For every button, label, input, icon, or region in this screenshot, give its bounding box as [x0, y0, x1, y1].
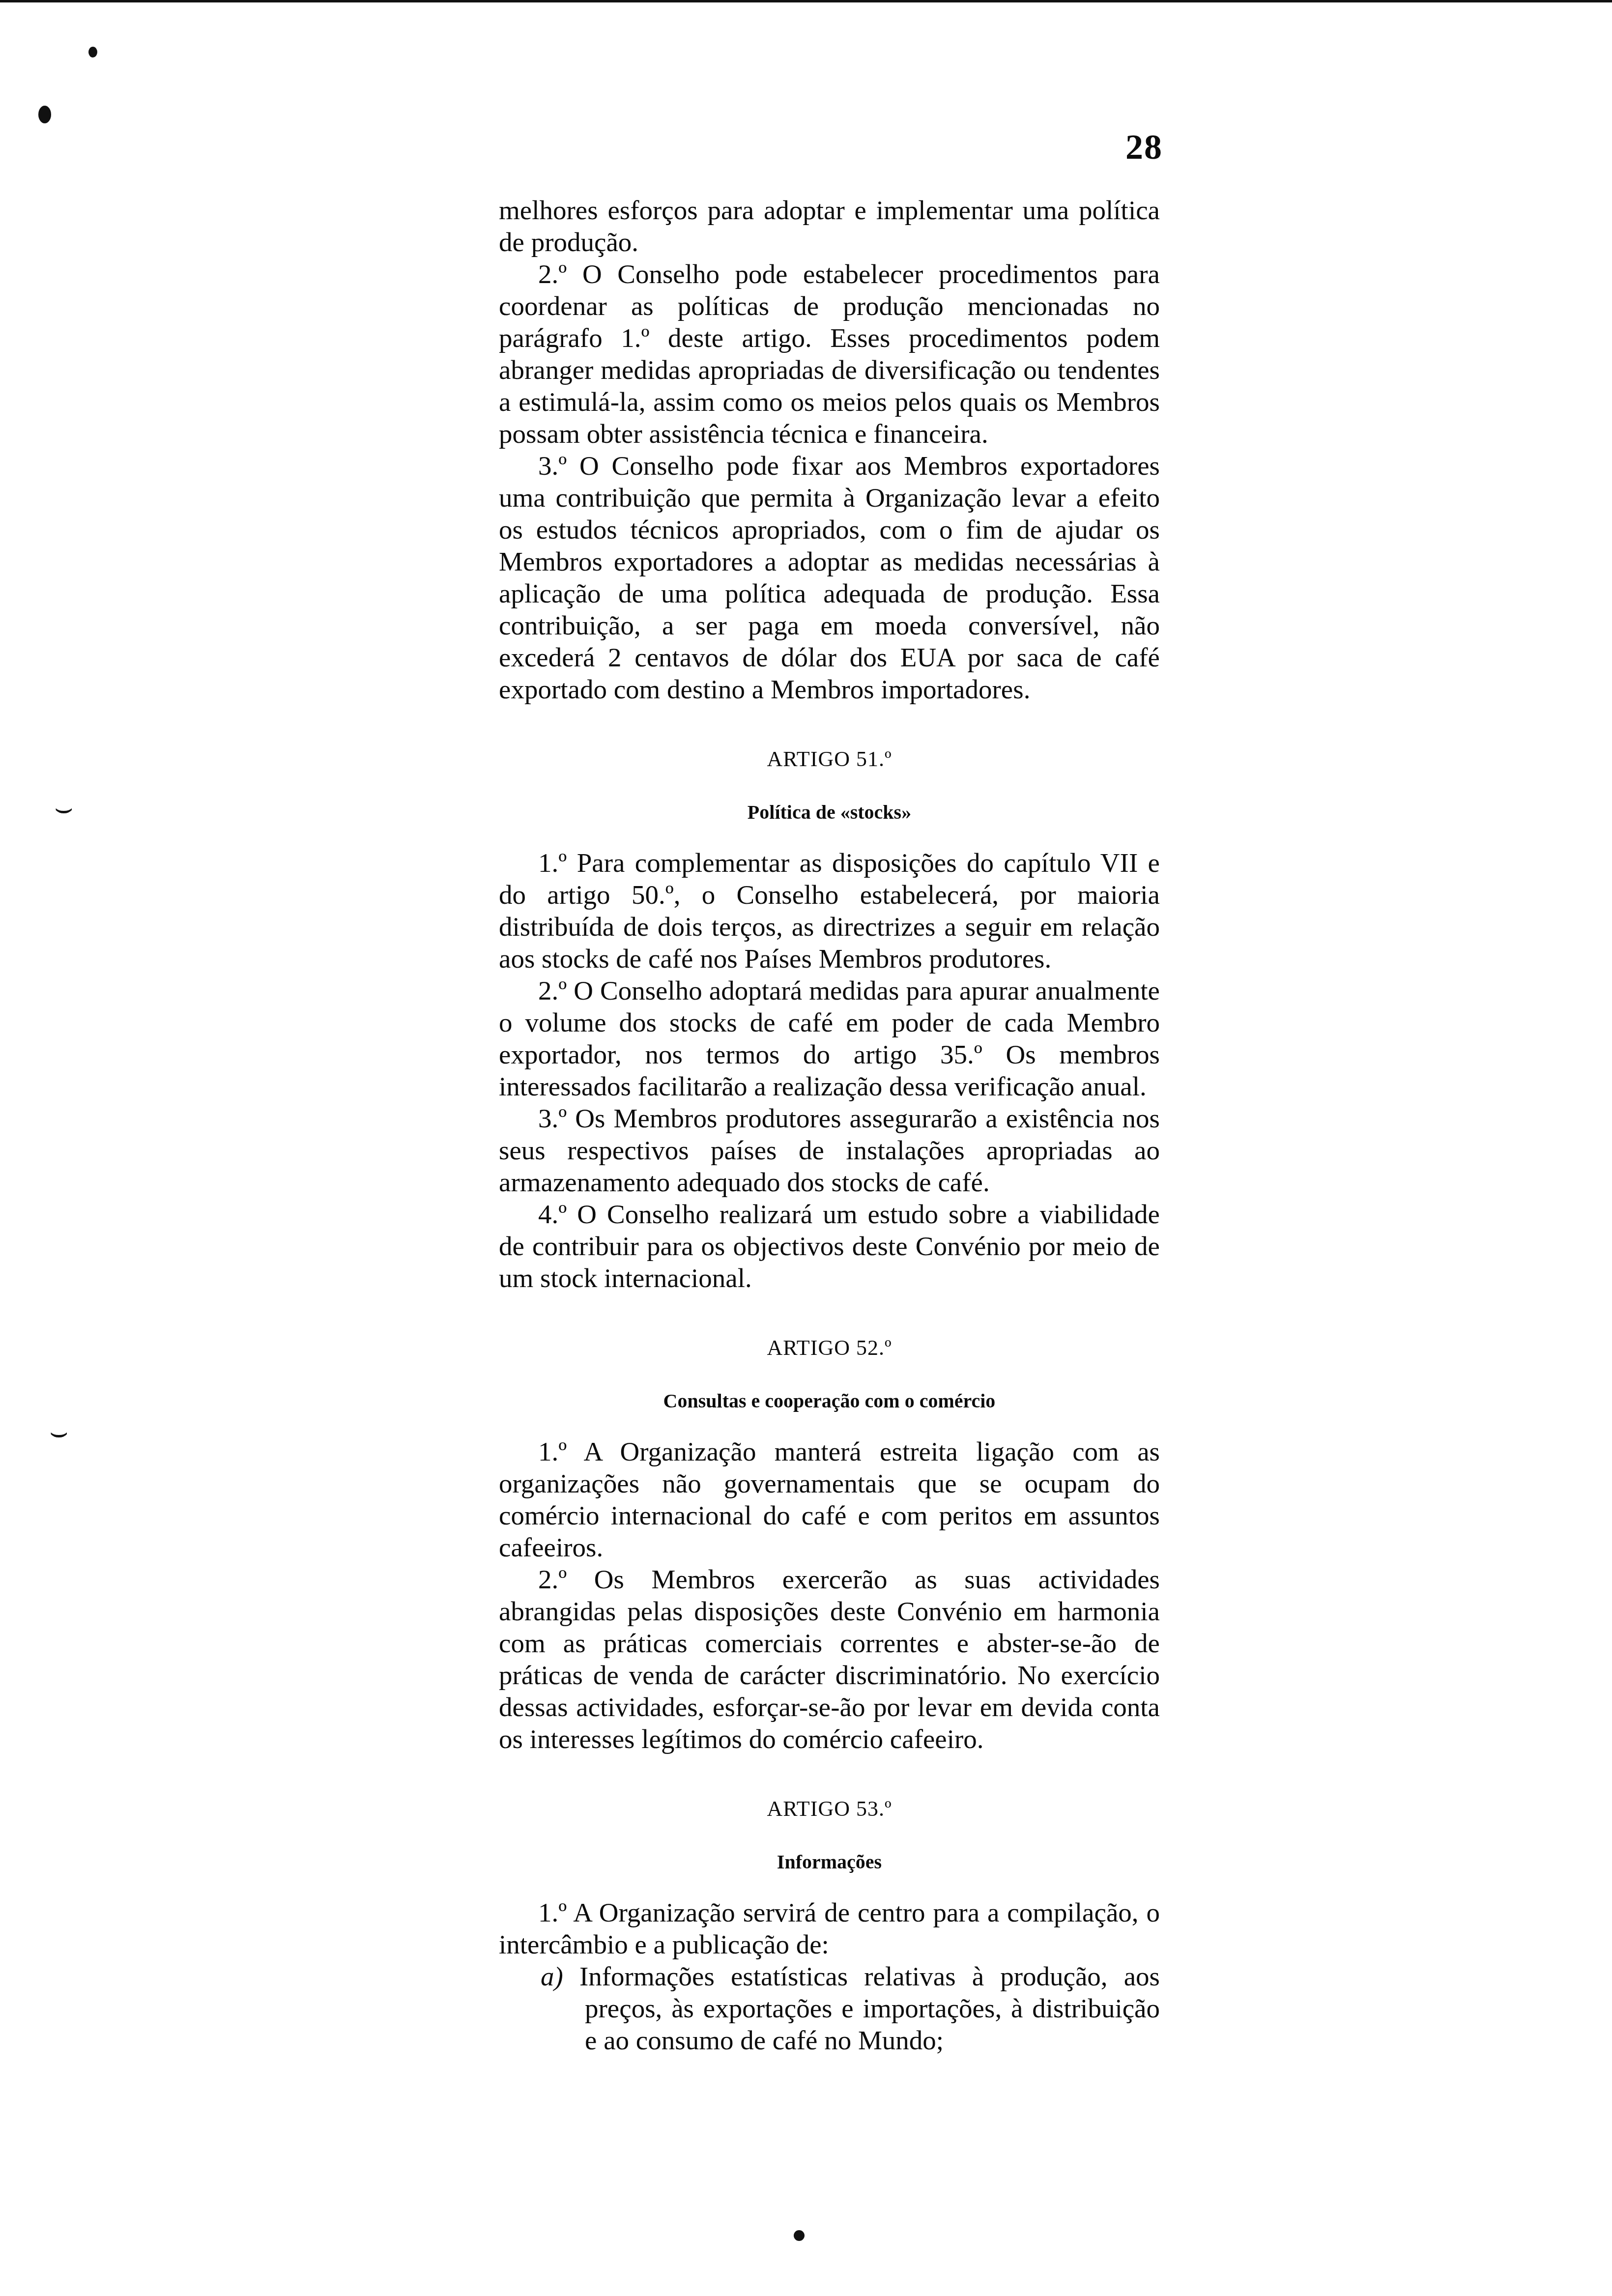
continuation-paragraph: melhores esforços para adoptar e impleme… [499, 194, 1160, 258]
article-heading: ARTIGO 52.º [499, 1333, 1160, 1363]
scan-speck [38, 106, 51, 123]
paragraph: 2.º O Conselho adoptará medidas para apu… [499, 975, 1160, 1102]
paragraph: 1.º A Organização servirá de centro para… [499, 1896, 1160, 1960]
paragraph: 2.º O Conselho pode estabelecer procedim… [499, 258, 1160, 450]
scan-mark: ⌣ [49, 1415, 68, 1449]
article-52: ARTIGO 52.º Consultas e cooperação com o… [499, 1294, 1160, 1755]
scan-speck [88, 47, 97, 57]
article-heading: ARTIGO 51.º [499, 745, 1160, 774]
article-title: Política de «stocks» [499, 798, 1160, 827]
article-53: ARTIGO 53.º Informações 1.º A Organizaçã… [499, 1755, 1160, 2056]
scan-mark: ⌣ [54, 791, 73, 825]
list-item: a) Informações estatísticas relativas à … [499, 1960, 1160, 2056]
paragraph: 4.º O Conselho realizará um estudo sobre… [499, 1198, 1160, 1294]
document-body: melhores esforços para adoptar e impleme… [499, 194, 1160, 2056]
paragraph: 2.º Os Membros exercerão as suas activid… [499, 1563, 1160, 1755]
article-title: Consultas e cooperação com o comércio [499, 1386, 1160, 1416]
article-title: Informações [499, 1847, 1160, 1877]
paragraph: 3.º Os Membros produtores assegurarão a … [499, 1102, 1160, 1198]
paragraph: 1.º Para complementar as disposições do … [499, 847, 1160, 975]
article-51: ARTIGO 51.º Política de «stocks» 1.º Par… [499, 705, 1160, 1294]
list-marker: a) [541, 1961, 563, 1991]
list-item-text: Informações estatísticas relativas à pro… [579, 1961, 1160, 2055]
paragraph: 3.º O Conselho pode fixar aos Membros ex… [499, 450, 1160, 705]
paragraph: 1.º A Organização manterá estreita ligaç… [499, 1435, 1160, 1563]
scan-speck [794, 2230, 805, 2241]
article-heading: ARTIGO 53.º [499, 1794, 1160, 1824]
page-number: 28 [1125, 127, 1163, 168]
scan-top-edge [0, 0, 1612, 2]
